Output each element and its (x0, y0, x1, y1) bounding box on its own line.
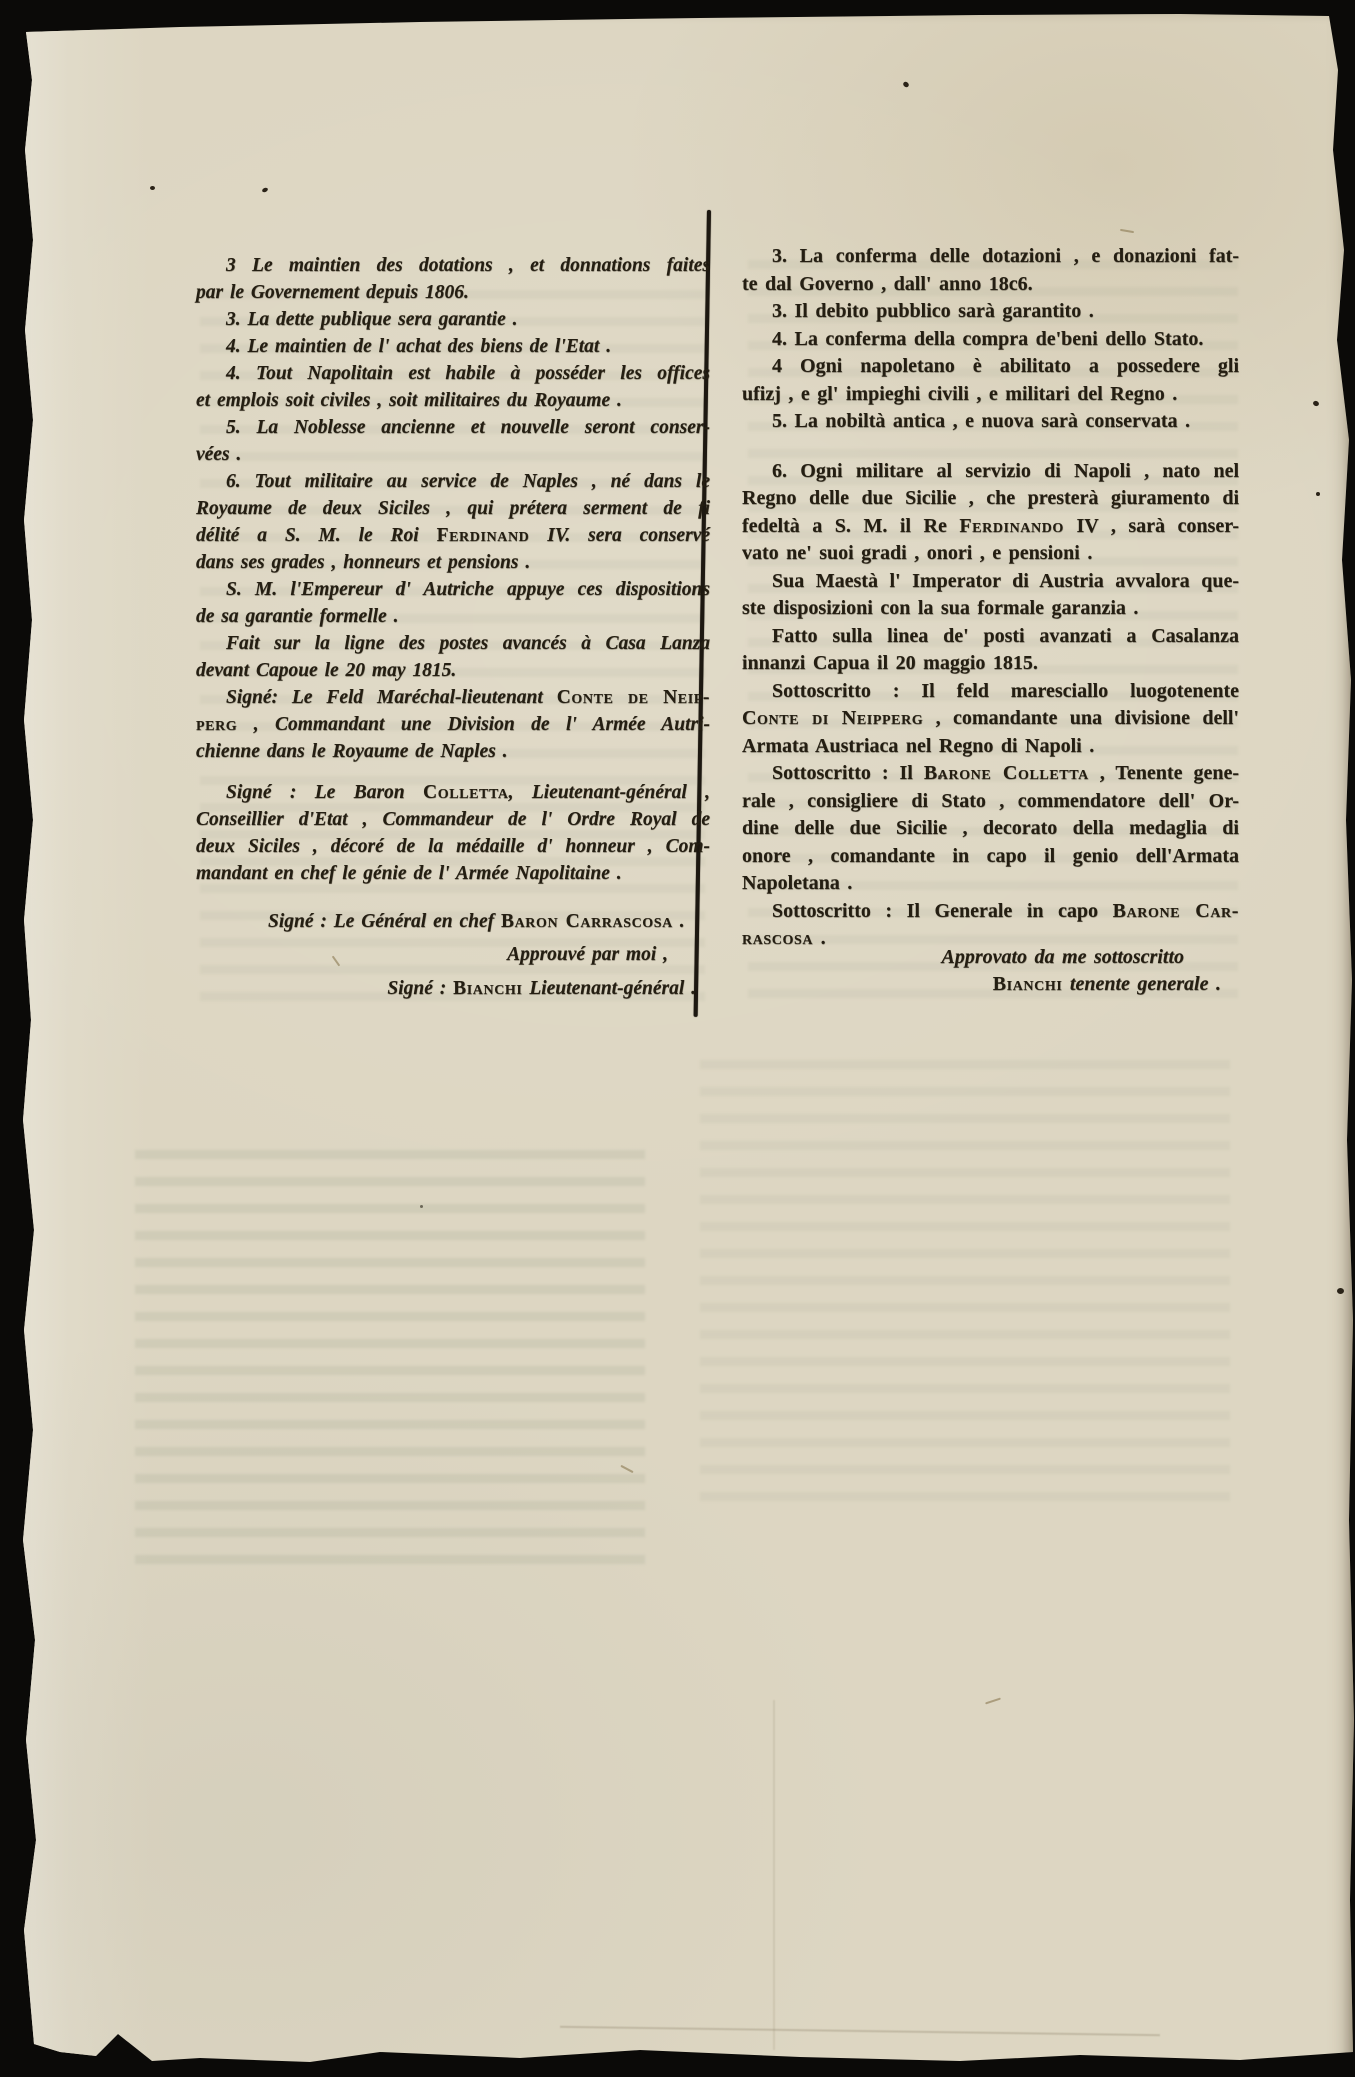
paper-fiber (1120, 229, 1134, 233)
text-segment: dans ses grades , honneurs et pensions . (196, 552, 530, 573)
text-line: par le Governement depuis 1806. (196, 279, 710, 306)
text-line: S. M. l'Empereur d' Autriche appuye ces … (196, 576, 710, 603)
text-segment: S. M. l'Empereur d' Autriche appuye ces … (226, 579, 710, 600)
text-segment: te dal Governo , dall' anno 18c6. (742, 273, 1033, 295)
text-line: Sottoscritto : Il feld maresciallo luogo… (742, 678, 1239, 706)
text-line: Fait sur la ligne des postes avancés à C… (196, 630, 710, 657)
text-line: 4 Ogni napoletano è abilitato a posseder… (742, 353, 1239, 381)
showthrough-texture (135, 1150, 645, 1570)
text-segment: Ferdinand (437, 525, 530, 546)
paper-fiber (620, 1465, 633, 1473)
text-segment: Bianchi (453, 978, 522, 999)
text-line: 5. La Noblesse ancienne et nouvelle sero… (196, 414, 710, 441)
text-segment: IV. sera conservé (529, 525, 710, 546)
text-line: de sa garantie formelle . (196, 603, 710, 630)
text-line: 3. La conferma delle dotazioni , e donaz… (742, 243, 1239, 271)
text-segment: Ferdinando (959, 515, 1064, 537)
text-line: Sottoscritto : Il Generale in capo Baron… (742, 898, 1239, 926)
text-line: ste disposizioni con la sua formale gara… (742, 595, 1239, 623)
text-segment: ufizj , e gl' impieghi civili , e milita… (742, 383, 1177, 405)
text-segment: Signé: Le Feld Maréchal-lieutenant (226, 687, 557, 708)
text-segment: Sua Maestà l' Imperator di Austria avval… (772, 570, 1239, 592)
text-segment: tenente generale (1070, 973, 1209, 995)
text-line: devant Capoue le 20 may 1815. (196, 657, 710, 684)
text-segment: Armata Austriaca nel Regno di Napoli . (742, 735, 1094, 757)
ink-speck (1316, 492, 1320, 496)
text-segment: , comandante una divisione dell' (923, 707, 1239, 729)
text-segment: ste disposizioni con la sua formale gara… (742, 597, 1138, 619)
text-segment: Regno delle due Sicilie , che presterà g… (742, 487, 1239, 509)
text-segment: , Lieutenant-général , (509, 782, 710, 803)
text-line: 4. La conferma della compra de'beni dell… (742, 326, 1239, 354)
text-line: Signé : Le Baron Colletta, Lieutenant-gé… (196, 779, 710, 806)
text-segment: Sottoscritto : Il (772, 762, 924, 784)
text-segment: Fatto sulla linea de' posti avanzati a C… (772, 625, 1239, 647)
text-line: te dal Governo , dall' anno 18c6. (742, 271, 1239, 299)
text-line: Sua Maestà l' Imperator di Austria avval… (742, 568, 1239, 596)
paper-page: 3 Le maintien des dotations , et donnati… (0, 0, 1355, 2077)
text-line: innanzi Capua il 20 maggio 1815. (742, 650, 1239, 678)
text-line: chienne dans le Royaume de Naples . (196, 738, 710, 765)
text-segment: Royaume de deux Siciles , qui prétera se… (196, 498, 710, 519)
text-segment: rascosa (742, 927, 813, 949)
text-segment: 4. La conferma della compra de'beni dell… (772, 328, 1203, 350)
text-line: Sottoscritto : Il Barone Colletta , Tene… (742, 760, 1239, 788)
text-segment: , Tenente gene- (1089, 762, 1239, 784)
text-line: Conte di Neipperg , comandante una divis… (742, 705, 1239, 733)
text-line: délité a S. M. le Roi Ferdinand IV. sera… (196, 522, 710, 549)
text-line: rale , consigliere di Stato , commendato… (742, 788, 1239, 816)
text-segment: 6. Ogni militare al servizio di Napoli ,… (772, 460, 1239, 482)
text-segment: Signé : Le Baron (226, 782, 423, 803)
text-segment: Bianchi (993, 973, 1063, 995)
text-line: Regno delle due Sicilie , che presterà g… (742, 485, 1239, 513)
text-line: 6. Ogni militare al servizio di Napoli ,… (742, 458, 1239, 486)
text-segment: Signé : Le Général en chef (268, 911, 501, 932)
text-segment: . (673, 911, 685, 932)
text-segment: IV , sarà conser- (1064, 515, 1239, 537)
text-segment: deux Siciles , décoré de la médaille d' … (196, 836, 710, 857)
text-line: Napoletana . (742, 870, 1239, 898)
text-segment: rale , consigliere di Stato , commendato… (742, 790, 1239, 812)
text-segment: vato ne' suoi gradi , onori , e pensioni… (742, 542, 1092, 564)
text-line: deux Siciles , décoré de la médaille d' … (196, 833, 710, 860)
text-segment: Napoletana . (742, 872, 852, 894)
text-segment: Conte de Neip- (557, 687, 710, 708)
text-segment: . (1209, 973, 1222, 995)
text-segment: délité a S. M. le Roi (196, 525, 437, 546)
text-line: onore , comandante in capo il genio dell… (742, 843, 1239, 871)
text-segment: innanzi Capua il 20 maggio 1815. (742, 652, 1038, 674)
scan-background: { "colors":{ "background":"#0b0a08", "pa… (0, 0, 1355, 2077)
text-segment: 4. Tout Napolitain est habile à posséder… (226, 363, 710, 384)
paper-crease (773, 1700, 775, 2050)
ink-speck (150, 186, 155, 190)
text-segment: 3 Le maintien des dotations , et donnati… (226, 255, 710, 276)
text-segment: Signé : (387, 978, 453, 999)
text-segment: , Commandant une Division de l' Armée Au… (237, 714, 710, 735)
text-line: 6. Tout militaire au service de Naples ,… (196, 468, 710, 495)
text-segment: Sottoscritto : Il Generale in capo (772, 900, 1113, 922)
text-segment: 3. La dette publique sera garantie . (226, 309, 518, 330)
text-line: Approuvé par moi , (196, 941, 668, 968)
text-segment: 4 Ogni napoletano è abilitato a posseder… (772, 355, 1239, 377)
text-segment: 3. La conferma delle dotazioni , e donaz… (772, 245, 1239, 267)
text-line: 5. La nobiltà antica , e nuova sarà cons… (742, 408, 1239, 436)
text-segment: chienne dans le Royaume de Naples . (196, 741, 508, 762)
text-line: Conseillier d'Etat , Commandeur de l' Or… (196, 806, 710, 833)
text-segment: de sa garantie formelle . (196, 606, 398, 627)
text-line: ufizj , e gl' impieghi civili , e milita… (742, 381, 1239, 409)
ink-speck (902, 81, 910, 89)
french-column: 3 Le maintien des dotations , et donnati… (196, 252, 710, 1002)
text-segment: Colletta (423, 782, 509, 803)
text-segment: vées . (196, 444, 241, 465)
showthrough-texture (700, 1060, 1230, 1510)
text-line: dine delle due Sicilie , decorato della … (742, 815, 1239, 843)
text-segment: mandant en chef le génie de l' Armée Nap… (196, 863, 622, 884)
text-segment: par le Governement depuis 1806. (196, 282, 469, 303)
text-line: fedeltà a S. M. il Re Ferdinando IV , sa… (742, 513, 1239, 541)
text-segment: 6. Tout militaire au service de Naples ,… (226, 471, 710, 492)
text-line: dans ses grades , honneurs et pensions . (196, 549, 710, 576)
text-line: Fatto sulla linea de' posti avanzati a C… (742, 623, 1239, 651)
text-segment: 5. La nobiltà antica , e nuova sarà cons… (772, 410, 1190, 432)
text-segment: devant Capoue le 20 may 1815. (196, 660, 456, 681)
text-segment: Conte di Neipperg (742, 707, 923, 729)
italian-column: 3. La conferma delle dotazioni , e donaz… (742, 243, 1239, 999)
text-segment: 4. Le maintien de l' achat des biens de … (226, 336, 611, 357)
text-line: 3. La dette publique sera garantie . (196, 306, 710, 333)
text-line: 4. Tout Napolitain est habile à posséder… (196, 360, 710, 387)
text-segment: Barone Car- (1113, 900, 1239, 922)
text-segment: Conseillier d'Etat , Commandeur de l' Or… (196, 809, 710, 830)
text-line: 3. Il debito pubblico sarà garantito . (742, 298, 1239, 326)
text-segment: Approvato da me sottoscritto (942, 946, 1185, 968)
text-line: et emplois soit civiles , soit militaire… (196, 387, 710, 414)
ink-speck (261, 187, 268, 193)
text-line: Royaume de deux Siciles , qui prétera se… (196, 495, 710, 522)
text-segment: Sottoscritto : Il feld maresciallo luogo… (772, 680, 1239, 702)
ink-speck (1337, 1288, 1344, 1294)
text-segment: Fait sur la ligne des postes avancés à C… (226, 633, 710, 654)
text-line: Armata Austriaca nel Regno di Napoli . (742, 733, 1239, 761)
text-segment: fedeltà a S. M. il Re (742, 515, 959, 537)
text-line: perg , Commandant une Division de l' Arm… (196, 711, 710, 738)
text-segment: et emplois soit civiles , soit militaire… (196, 390, 622, 411)
text-line: vées . (196, 441, 710, 468)
text-segment: perg (196, 714, 237, 735)
text-line: Signé : Bianchi Lieutenant-général . (196, 975, 696, 1002)
ink-speck (420, 1205, 423, 1208)
text-segment: Lieutenant-général . (522, 978, 696, 999)
text-segment: 5. La Noblesse ancienne et nouvelle sero… (226, 417, 710, 438)
ink-speck (1312, 400, 1319, 407)
text-segment: . (813, 927, 826, 949)
text-line: vato ne' suoi gradi , onori , e pensioni… (742, 540, 1239, 568)
text-segment: 3. Il debito pubblico sarà garantito . (772, 300, 1094, 322)
text-line: Signé : Le Général en chef Baron Carrasc… (268, 908, 710, 935)
paper-crease (560, 2026, 1160, 2036)
text-segment: onore , comandante in capo il genio dell… (742, 845, 1239, 867)
text-line: mandant en chef le génie de l' Armée Nap… (196, 860, 710, 887)
text-segment: dine delle due Sicilie , decorato della … (742, 817, 1239, 839)
text-segment: Barone Colletta (924, 762, 1089, 784)
text-segment: Baron Carrascosa (501, 911, 673, 932)
paper-fiber (985, 1698, 1001, 1705)
text-line: Bianchi tenente generale . (742, 971, 1221, 999)
text-line: Signé: Le Feld Maréchal-lieutenant Conte… (196, 684, 710, 711)
text-segment: Approuvé par moi , (507, 944, 668, 965)
text-line: 3 Le maintien des dotations , et donnati… (196, 252, 710, 279)
text-segment (1062, 973, 1070, 995)
text-line: 4. Le maintien de l' achat des biens de … (196, 333, 710, 360)
